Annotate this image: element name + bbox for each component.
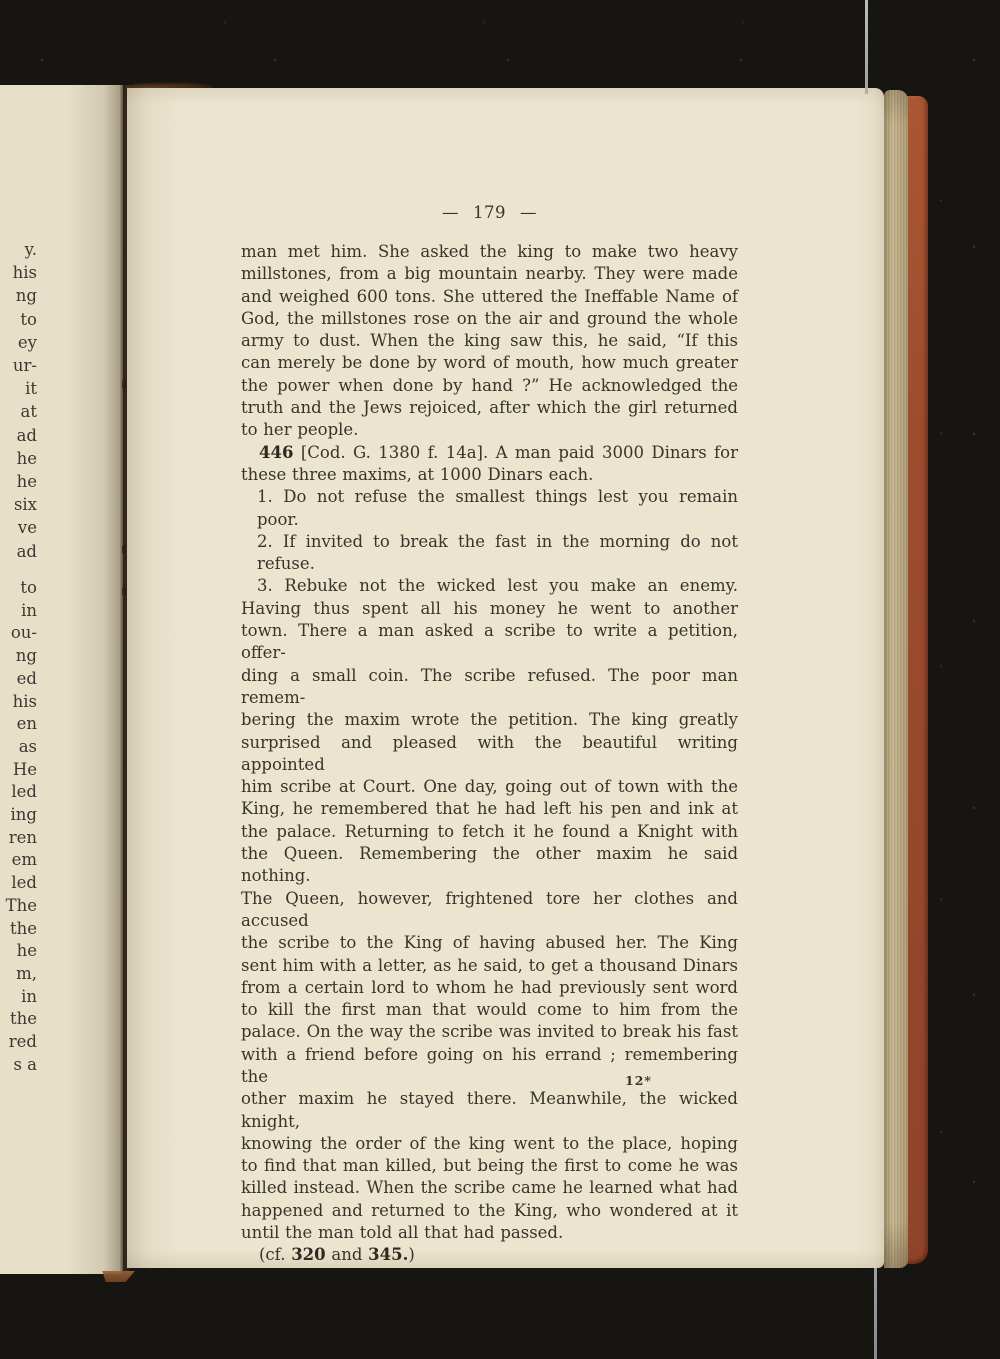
left-page-strip: y.hisngtoeyur-itatadhehesixvead toinou-n… [0,85,123,1274]
binding-stitch-mark [122,545,126,554]
left-page-fragment: to [0,308,37,331]
text-segment: 1. Do not refuse the smallest things les… [257,487,738,528]
left-page-text-fragments-top: y.hisngtoeyur-itatadhehesixvead [0,238,37,563]
text-segment: him scribe at Court. One day, going out … [241,777,738,796]
left-page-fragment: s a [0,1054,37,1077]
bold-text-segment: 320 [291,1245,325,1264]
left-page-text-fragments-bottom: toinou-ngedhisenasHeledingrenemledThethe… [0,577,37,1076]
text-segment: millstones, from a big mountain nearby. … [241,264,738,283]
text-segment: ) [408,1245,414,1264]
text-segment: until the man told all that had passed. [241,1223,563,1242]
text-line: God, the millstones rose on the air and … [241,308,738,330]
text-line: and weighed 600 tons. She uttered the In… [241,286,738,308]
text-segment: man met him. She asked the king to make … [241,242,738,261]
text-line: sent him with a letter, as he said, to g… [241,955,738,977]
left-page-fragment: ey [0,331,37,354]
left-page-fragment: ing [0,804,37,827]
text-line: bering the maxim wrote the petition. The… [241,709,738,731]
body-text: man met him. She asked the king to make … [241,241,738,1267]
text-segment: King, he remembered that he had left his… [241,799,738,818]
left-page-fragment: ve [0,516,37,539]
text-segment: 2. If invited to break the fast in the m… [257,532,738,573]
text-segment: to her people. [241,420,358,439]
text-line: millstones, from a big mountain nearby. … [241,263,738,285]
left-page-fragment: he [0,447,37,470]
text-segment: these three maxims, at 1000 Dinars each. [241,465,593,484]
text-segment: truth and the Jews rejoiced, after which… [241,398,738,417]
bold-text-segment: 345. [368,1245,408,1264]
text-segment: sent him with a letter, as he said, to g… [241,956,738,975]
text-segment: [Cod. G. 1380 f. 14a]. A man paid 3000 D… [293,443,738,462]
bold-text-segment: 446 [259,443,293,462]
left-page-fragment: ad [0,540,37,563]
left-page-fragment: y. [0,238,37,261]
left-page-fragment: m, [0,963,37,986]
left-page-fragment: ur- [0,354,37,377]
scanned-book-photo: y.hisngtoeyur-itatadhehesixvead toinou-n… [0,0,1000,1359]
text-segment: 3. Rebuke not the wicked lest you make a… [257,576,738,595]
text-line: other maxim he stayed there. Meanwhile, … [241,1088,738,1133]
left-page-fragment: he [0,940,37,963]
text-line: 446 [Cod. G. 1380 f. 14a]. A man paid 30… [241,442,738,464]
text-line: from a certain lord to whom he had previ… [241,977,738,999]
text-segment: the scribe to the King of having abused … [241,933,738,952]
text-line: the Queen. Remembering the other maxim h… [241,843,738,888]
page-header: — 179 — [241,200,738,224]
left-page-fragment: in [0,986,37,1009]
text-segment: God, the millstones rose on the air and … [241,309,738,328]
left-page-fragment: the [0,918,37,941]
text-line: can merely be done by word of mouth, how… [241,352,738,374]
text-segment: the Queen. Remembering the other maxim h… [241,844,738,885]
left-page-fragment: em [0,849,37,872]
text-line: ding a small coin. The scribe refused. T… [241,665,738,710]
text-line: the scribe to the King of having abused … [241,932,738,954]
page-block-fore-edge [884,90,908,1268]
binding-stitch-mark [122,380,126,389]
left-page-fragment: the [0,1008,37,1031]
left-page-fragment: led [0,781,37,804]
text-line: until the man told all that had passed. [241,1222,738,1244]
text-line: King, he remembered that he had left his… [241,798,738,820]
binding-stitch-mark [122,587,126,596]
text-line: man met him. She asked the king to make … [241,241,738,263]
text-line: 3. Rebuke not the wicked lest you make a… [241,575,738,597]
cover-corner-bottom-left [101,1271,135,1282]
text-segment: can merely be done by word of mouth, how… [241,353,738,372]
text-segment: other maxim he stayed there. Meanwhile, … [241,1089,738,1130]
text-line: to find that man killed, but being the f… [241,1155,738,1177]
left-page-fragment: to [0,577,37,600]
left-page-fragment: six [0,493,37,516]
text-segment: Having thus spent all his money he went … [241,599,738,618]
left-page-fragment: ed [0,668,37,691]
right-page: — 179 — man met him. She asked the king … [127,88,884,1268]
left-page-fragment: ou- [0,622,37,645]
text-segment: killed instead. When the scribe came he … [241,1178,738,1197]
left-page-fragment: ng [0,645,37,668]
left-page-fragment: as [0,736,37,759]
text-line: palace. On the way the scribe was invite… [241,1021,738,1043]
text-line: Having thus spent all his money he went … [241,598,738,620]
text-segment: the power when done by hand ?” He acknow… [241,376,738,395]
text-line: happened and returned to the King, who w… [241,1200,738,1222]
text-line: to kill the first man that would come to… [241,999,738,1021]
text-segment: to kill the first man that would come to… [241,1000,738,1019]
text-line: truth and the Jews rejoiced, after which… [241,397,738,419]
text-line: town. There a man asked a scribe to writ… [241,620,738,665]
text-line: killed instead. When the scribe came he … [241,1177,738,1199]
text-segment: palace. On the way the scribe was invite… [241,1022,738,1041]
text-line: to her people. [241,419,738,441]
left-page-fragment: in [0,600,37,623]
text-segment: (cf. [259,1245,291,1264]
text-segment: from a certain lord to whom he had previ… [241,978,738,997]
left-page-fragment: ad [0,424,37,447]
text-segment: ding a small coin. The scribe refused. T… [241,666,738,707]
left-page-fragment: ren [0,827,37,850]
text-segment: to find that man killed, but being the f… [241,1156,738,1175]
left-page-fragment: ng [0,284,37,307]
text-segment: army to dust. When the king saw this, he… [241,331,738,350]
header-dash-right: — [520,203,537,222]
text-segment: and [326,1245,369,1264]
left-page-fragment: at [0,400,37,423]
text-segment: and weighed 600 tons. She uttered the In… [241,287,738,306]
left-page-fragment: The [0,895,37,918]
text-line: 2. If invited to break the fast in the m… [241,531,738,576]
text-segment: happened and returned to the King, who w… [241,1201,738,1220]
left-page-fragment: red [0,1031,37,1054]
text-line: the palace. Returning to fetch it he fou… [241,821,738,843]
string-bottom [874,1268,877,1359]
text-segment: the palace. Returning to fetch it he fou… [241,822,738,841]
text-line: (cf. 320 and 345.) [241,1244,738,1266]
left-page-fragment: his [0,261,37,284]
left-page-fragment: his [0,691,37,714]
left-page-fragment: led [0,872,37,895]
text-line: surprised and pleased with the beautiful… [241,732,738,777]
page-number: 179 [473,203,506,222]
text-line: 1. Do not refuse the smallest things les… [241,486,738,531]
string-top [865,0,868,94]
left-page-fragment: it [0,377,37,400]
text-segment: The Queen, however, frightened tore her … [241,889,738,930]
text-line: army to dust. When the king saw this, he… [241,330,738,352]
text-segment: knowing the order of the king went to th… [241,1134,738,1153]
text-segment: bering the maxim wrote the petition. The… [241,710,738,729]
text-line: him scribe at Court. One day, going out … [241,776,738,798]
text-line: these three maxims, at 1000 Dinars each. [241,464,738,486]
text-line: The Queen, however, frightened tore her … [241,888,738,933]
text-segment: town. There a man asked a scribe to writ… [241,621,738,662]
signature-mark: 12* [625,1073,685,1088]
left-page-fragment: He [0,759,37,782]
header-dash-left: — [442,203,459,222]
left-page-fragment: en [0,713,37,736]
text-line: the power when done by hand ?” He acknow… [241,375,738,397]
left-page-fragment: he [0,470,37,493]
text-segment: surprised and pleased with the beautiful… [241,733,738,774]
text-line: knowing the order of the king went to th… [241,1133,738,1155]
